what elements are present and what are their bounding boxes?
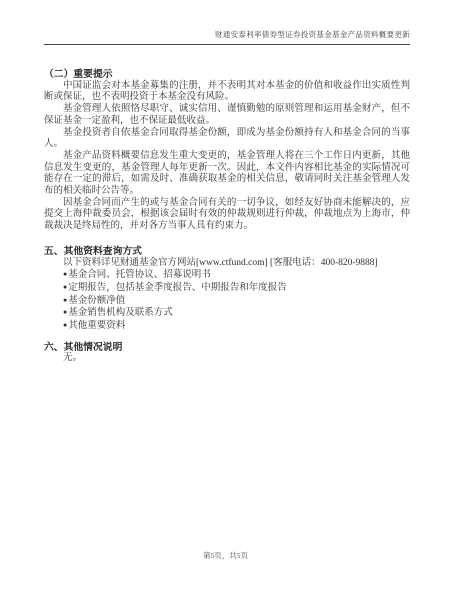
bullet-icon: ● (63, 308, 67, 316)
list-item-label: 基金销售机构及联系方式 (68, 308, 173, 318)
section-2-heading: （二）重要提示 (44, 69, 410, 81)
list-item: ●基金份额净值 (63, 295, 410, 308)
section-6-content: 无。 (44, 353, 410, 365)
section-2-paragraph-3: 基金投资者自依基金合同取得基金份额，即成为基金份额持有人和基金合同的当事人。 (44, 128, 410, 151)
list-item-label: 基金份额净值 (68, 296, 125, 306)
section-2-paragraph-4: 基金产品资料概要信息发生重大变更的，基金管理人将在三个工作日内更新，其他信息发生… (44, 151, 410, 198)
page-header-title: 财通安泰利率债券型证券投资基金基金产品资料概要更新 (215, 29, 410, 40)
bullet-icon: ● (63, 283, 67, 291)
list-item-label: 其他重要资料 (68, 321, 125, 331)
header-rule (44, 44, 410, 45)
list-item: ●基金销售机构及联系方式 (63, 307, 410, 320)
page-footer: 第5页，共5页 (0, 550, 451, 561)
section-2-paragraph-2: 基金管理人依照恪尽职守、诚实信用、谨慎勤勉的原则管理和运用基金财产，但不保证基金… (44, 104, 410, 127)
list-item-label: 基金合同、托管协议、招募说明书 (68, 270, 211, 280)
bullet-icon: ● (63, 296, 67, 304)
section-5-intro: 以下资料详见财通基金官方网站[www.ctfund.com] [客服电话：400… (44, 258, 410, 270)
bullet-icon: ● (63, 321, 67, 329)
list-item-label: 定期报告，包括基金季度报告、中期报告和年度报告 (68, 283, 287, 293)
resource-list: ●基金合同、托管协议、招募说明书 ●定期报告，包括基金季度报告、中期报告和年度报… (44, 269, 410, 333)
section-2-paragraph-5: 因基金合同而产生的或与基金合同有关的一切争议，如经友好协商未能解决的，应提交上海… (44, 198, 410, 233)
document-page: 财通安泰利率债券型证券投资基金基金产品资料概要更新 （二）重要提示 中国证监会对… (0, 0, 451, 600)
section-6-heading: 六、其他情况说明 (44, 342, 410, 354)
section-2-paragraph-1: 中国证监会对本基金募集的注册，并不表明其对本基金的价值和收益作出实质性判断或保证… (44, 81, 410, 104)
bullet-icon: ● (63, 270, 67, 278)
section-5-heading: 五、其他资料查询方式 (44, 246, 410, 258)
list-item: ●基金合同、托管协议、招募说明书 (63, 269, 410, 282)
list-item: ●其他重要资料 (63, 320, 410, 333)
document-body: （二）重要提示 中国证监会对本基金募集的注册，并不表明其对本基金的价值和收益作出… (44, 69, 410, 365)
list-item: ●定期报告，包括基金季度报告、中期报告和年度报告 (63, 282, 410, 295)
